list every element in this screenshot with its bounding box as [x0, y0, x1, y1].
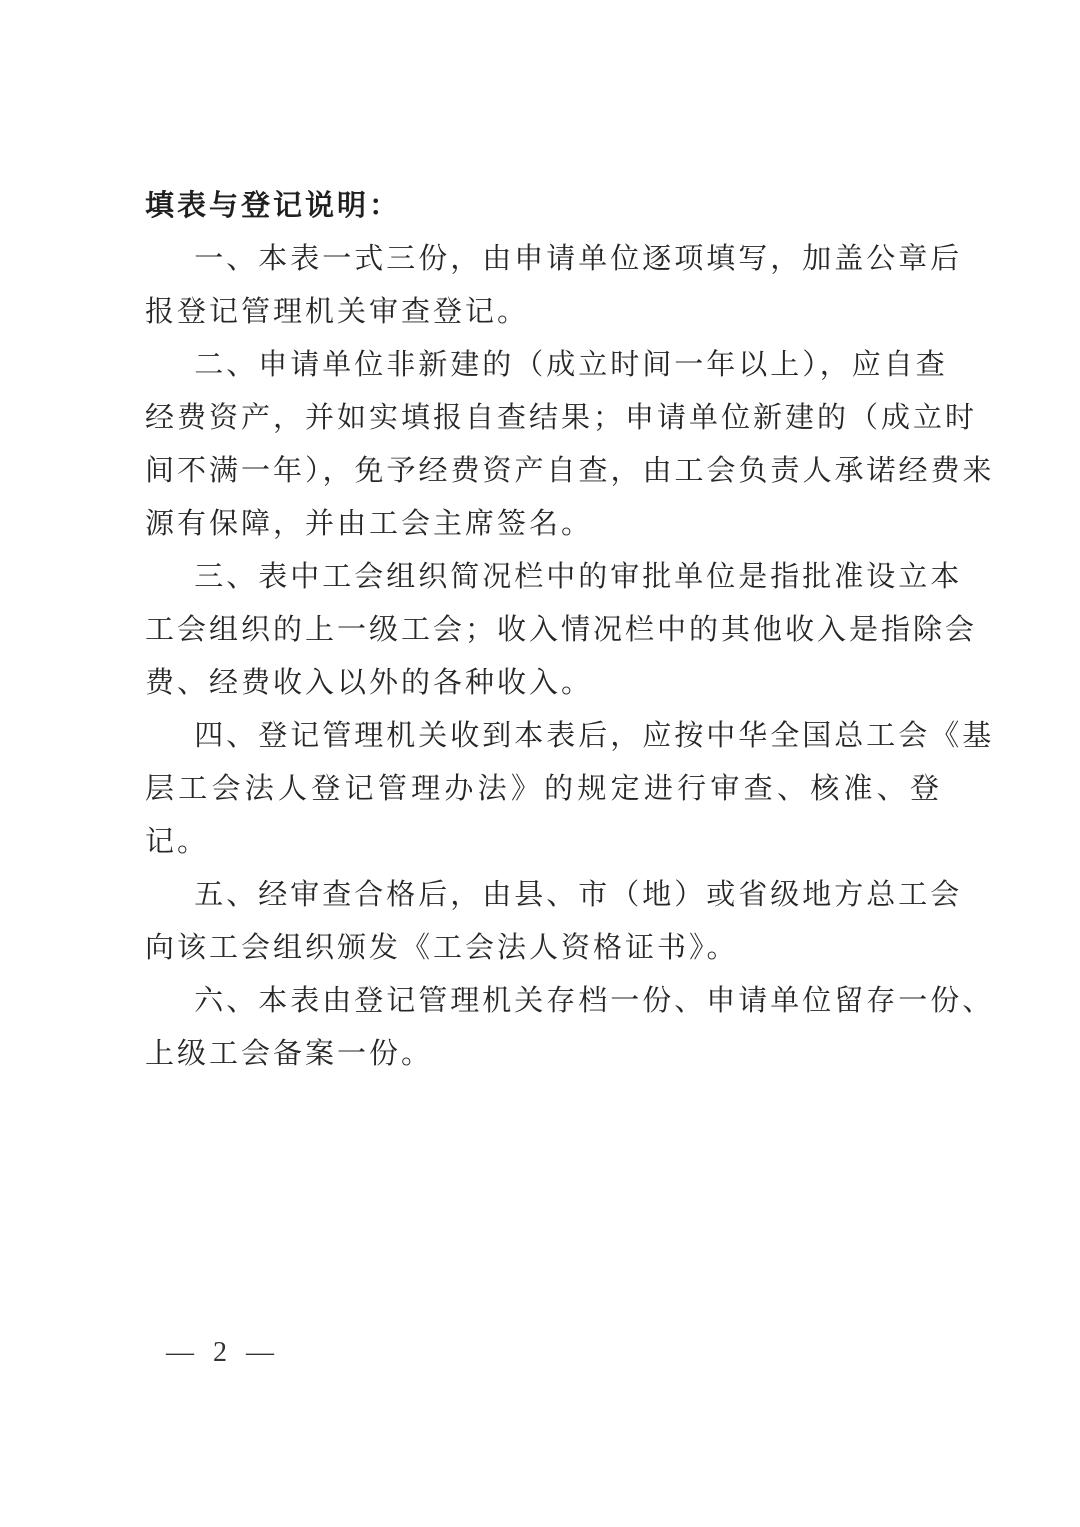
paragraph-line: 四、登记管理机关收到本表后，应按中华全国总工会《基 [145, 710, 942, 763]
paragraph-line: 报登记管理机关审查登记。 [145, 286, 942, 339]
paragraph-line: 六、本表由登记管理机关存档一份、申请单位留存一份、 [145, 975, 942, 1028]
paragraph-line: 一、本表一式三份，由申请单位逐项填写，加盖公章后 [145, 233, 942, 286]
paragraph-6: 六、本表由登记管理机关存档一份、申请单位留存一份、 上级工会备案一份。 [145, 975, 942, 1081]
paragraph-line: 工会组织的上一级工会；收入情况栏中的其他收入是指除会 [145, 604, 942, 657]
paragraph-5: 五、经审查合格后，由县、市（地）或省级地方总工会 向该工会组织颁发《工会法人资格… [145, 869, 942, 975]
paragraph-line: 五、经审查合格后，由县、市（地）或省级地方总工会 [145, 869, 942, 922]
document-page: 填表与登记说明： 一、本表一式三份，由申请单位逐项填写，加盖公章后 报登记管理机… [0, 0, 1080, 1527]
document-body: 填表与登记说明： 一、本表一式三份，由申请单位逐项填写，加盖公章后 报登记管理机… [145, 180, 942, 1081]
page-title: 填表与登记说明： [145, 180, 942, 233]
paragraph-line: 源有保障，并由工会主席签名。 [145, 498, 942, 551]
paragraph-line: 费、经费收入以外的各种收入。 [145, 657, 942, 710]
paragraph-line: 间不满一年），免予经费资产自查，由工会负责人承诺经费来 [145, 445, 942, 498]
paragraph-1: 一、本表一式三份，由申请单位逐项填写，加盖公章后 报登记管理机关审查登记。 [145, 233, 942, 339]
paragraph-line: 上级工会备案一份。 [145, 1028, 942, 1081]
paragraph-line: 向该工会组织颁发《工会法人资格证书》。 [145, 922, 942, 975]
paragraph-4: 四、登记管理机关收到本表后，应按中华全国总工会《基 层工会法人登记管理办法》的规… [145, 710, 942, 869]
paragraph-line: 二、申请单位非新建的（成立时间一年以上），应自查 [145, 339, 942, 392]
paragraph-3: 三、表中工会组织简况栏中的审批单位是指批准设立本 工会组织的上一级工会；收入情况… [145, 551, 942, 710]
paragraph-line: 层工会法人登记管理办法》的规定进行审查、核准、登记。 [145, 763, 942, 869]
page-number: — 2 — [166, 1337, 280, 1369]
paragraph-line: 三、表中工会组织简况栏中的审批单位是指批准设立本 [145, 551, 942, 604]
paragraph-2: 二、申请单位非新建的（成立时间一年以上），应自查 经费资产，并如实填报自查结果；… [145, 339, 942, 551]
paragraph-line: 经费资产，并如实填报自查结果；申请单位新建的（成立时 [145, 392, 942, 445]
